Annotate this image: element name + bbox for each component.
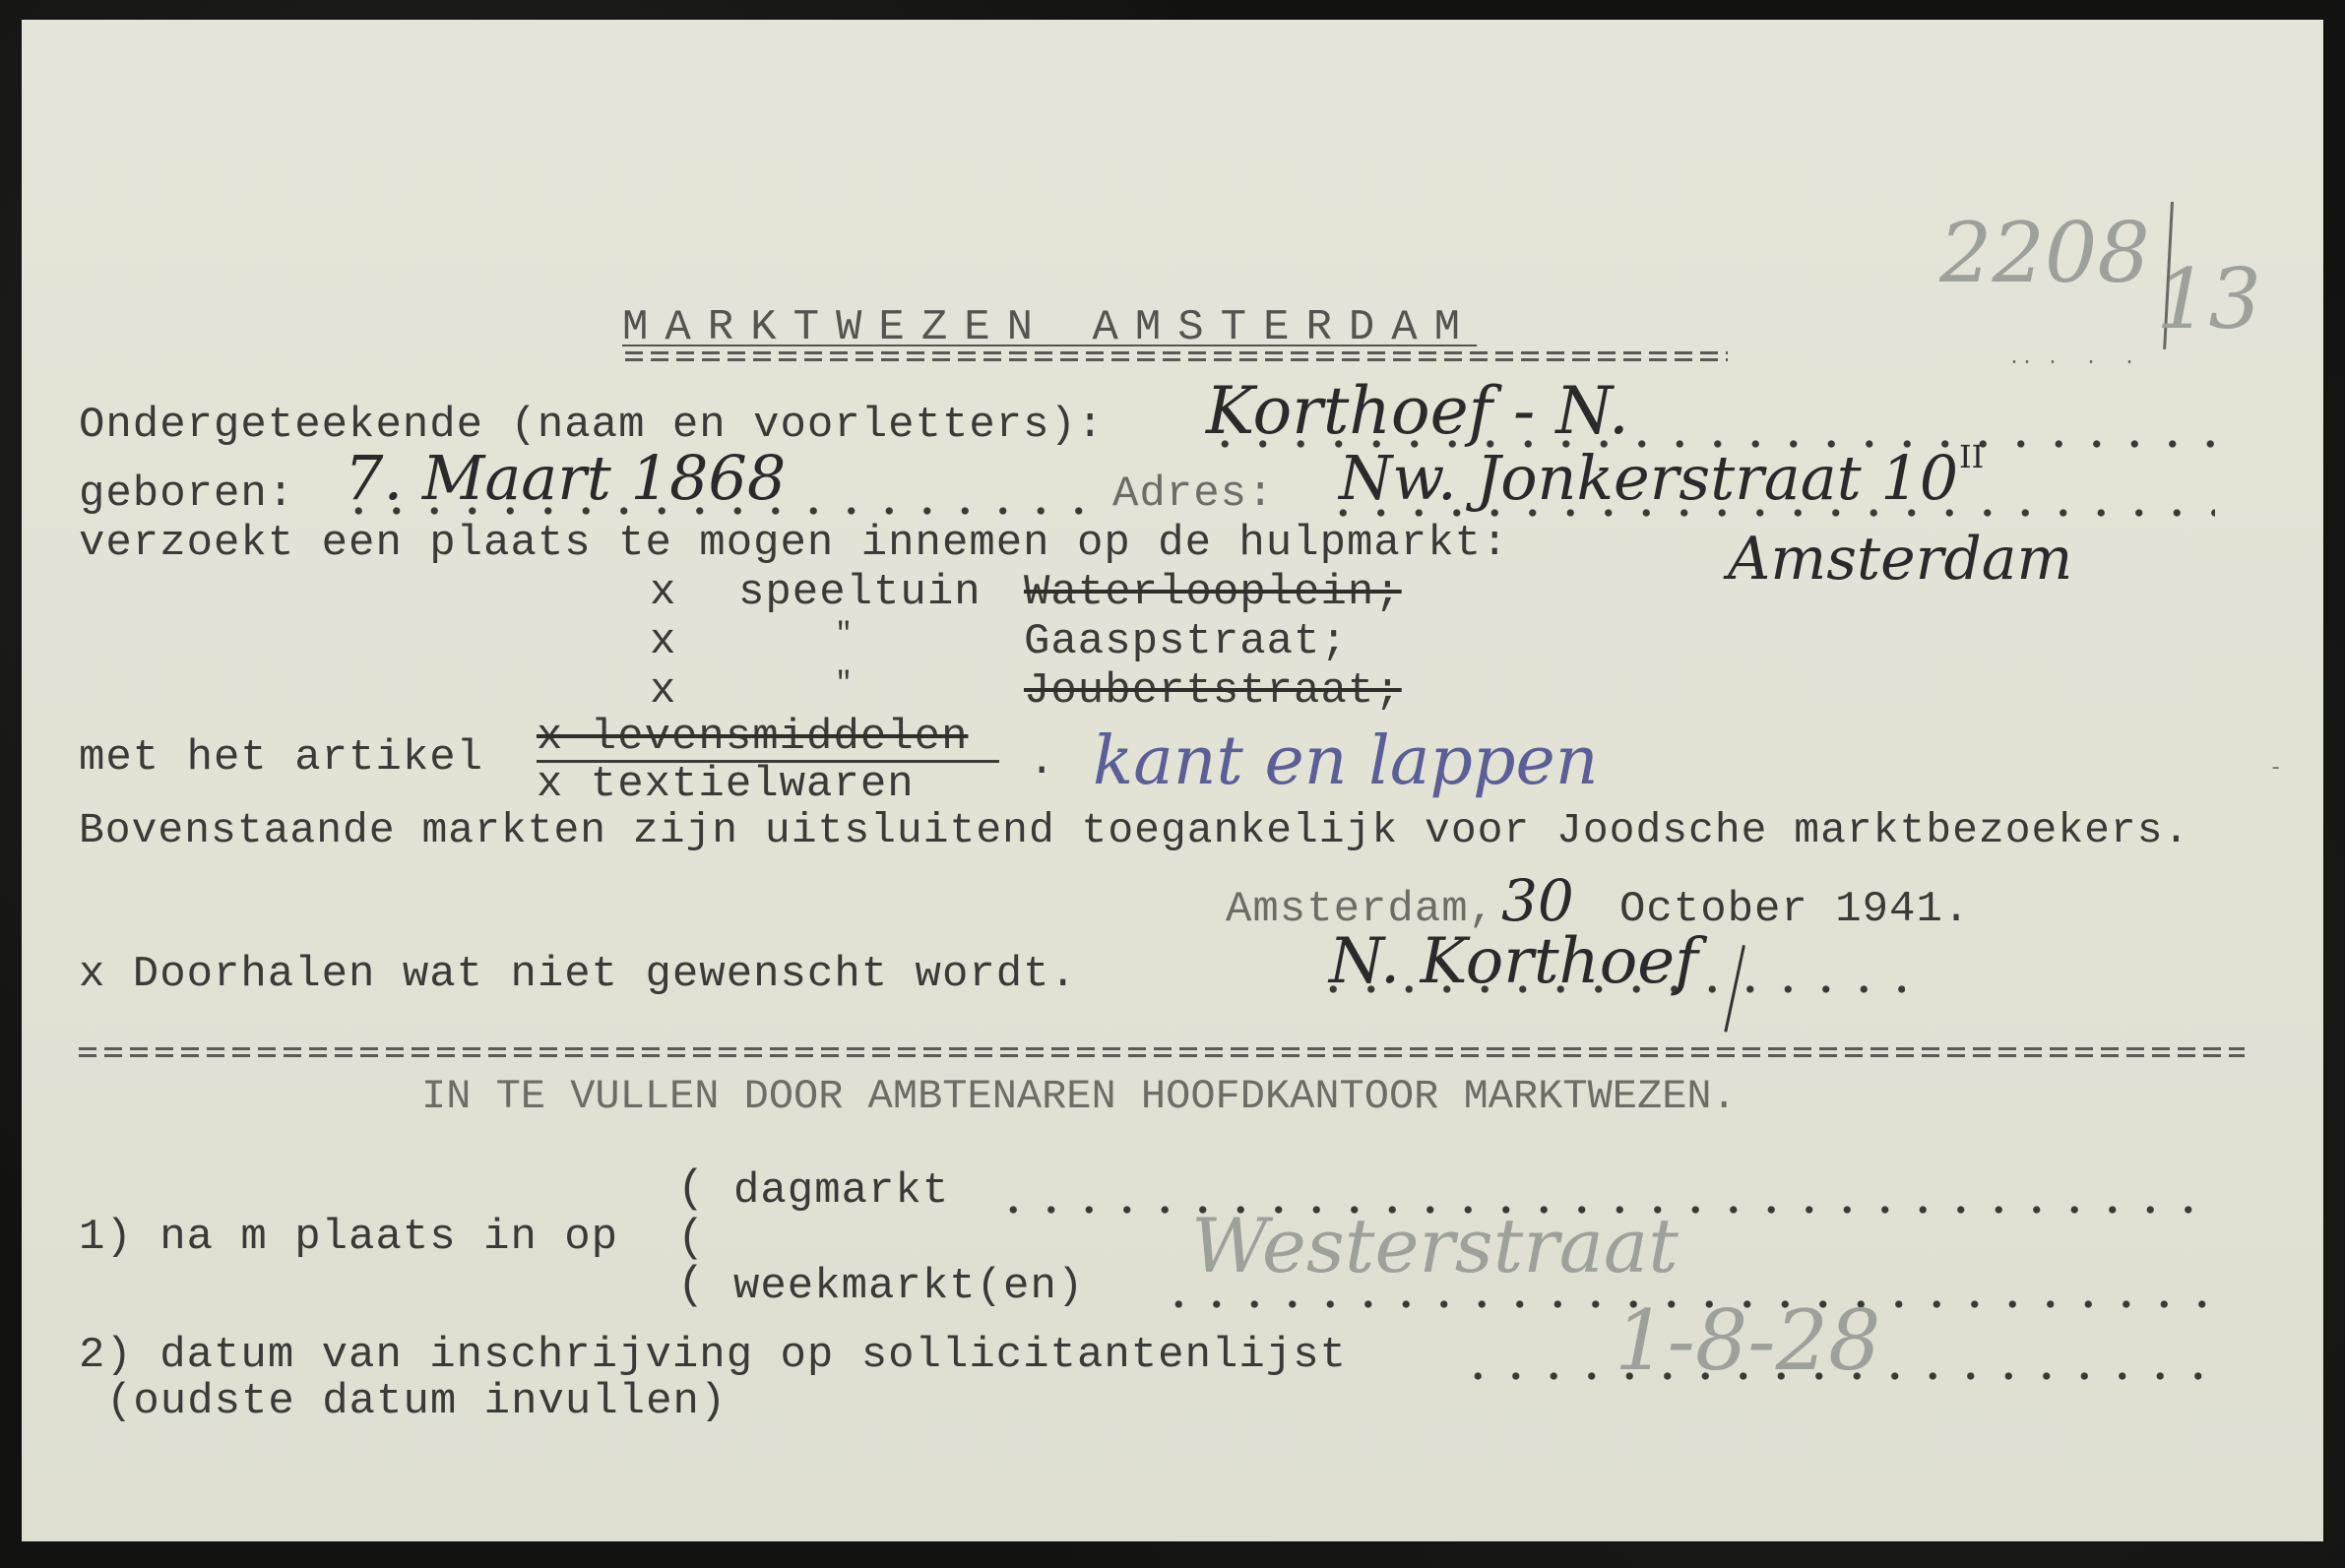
section-double-rule bbox=[79, 1046, 2245, 1058]
form-heading: MARKTWEZEN AMSTERDAM bbox=[622, 303, 1477, 352]
article-option-textiles: x textielwaren bbox=[537, 763, 915, 806]
stray-marks: .. . . . bbox=[2008, 349, 2136, 369]
market-marker-3: x bbox=[650, 669, 676, 713]
reference-suffix: 13 bbox=[2156, 258, 2261, 341]
article-period: . bbox=[1029, 740, 1055, 784]
item1-option-dagmarkt: dagmarkt bbox=[733, 1169, 949, 1213]
market-marker-2: x bbox=[650, 620, 676, 663]
brace-top: ( bbox=[677, 1166, 705, 1212]
item1-label: 1) na m plaats in op bbox=[79, 1216, 618, 1259]
article-handwritten: kant en lappen bbox=[1093, 728, 1599, 795]
born-label: geboren: bbox=[79, 472, 294, 516]
market-gaaspstraat: Gaaspstraat; bbox=[1024, 620, 1348, 663]
request-text: verzoekt een plaats te mogen innemen op … bbox=[79, 522, 1508, 565]
item2-handwritten-date: 1-8-28 bbox=[1615, 1299, 1881, 1382]
market-ditto-3: " bbox=[835, 669, 854, 699]
reference-number: 2208 bbox=[1939, 212, 2150, 294]
brace-bottom: ( bbox=[677, 1263, 705, 1308]
name-label: Ondergeteekende (naam en voorletters): bbox=[79, 404, 1104, 447]
jewish-only-notice: Bovenstaande markten zijn uitsluitend to… bbox=[79, 809, 2189, 851]
item1-handwritten-westerstraat: Westerstraat bbox=[1191, 1209, 1679, 1284]
item1-option-weekmarkt: weekmarkt(en) bbox=[733, 1265, 1084, 1308]
margin-mark: - bbox=[2269, 758, 2283, 780]
market-prefix-1: speeltuin bbox=[738, 571, 982, 614]
market-marker-1: x bbox=[650, 571, 676, 614]
date-day-handwritten: 30 bbox=[1501, 872, 1574, 929]
address-handwritten: Nw. Jonkerstraat 10 bbox=[1339, 448, 1958, 509]
article-label: met het artikel bbox=[79, 736, 483, 780]
market-joubertstraat-struck: Joubertstraat; bbox=[1024, 669, 1402, 713]
city-handwritten: Amsterdam bbox=[1728, 530, 2072, 589]
item2-note: (oudste datum invullen) bbox=[106, 1380, 727, 1423]
brace-mid: ( bbox=[677, 1216, 705, 1261]
born-handwritten: 7. Maart 1868 bbox=[345, 448, 786, 509]
heading-double-rule bbox=[625, 350, 1728, 362]
market-waterlooplein-struck: Waterlooplein; bbox=[1024, 571, 1402, 614]
signature-handwritten: N. Korthoef bbox=[1329, 930, 1698, 993]
strike-footnote: x Doorhalen wat niet gewenscht wordt. bbox=[79, 953, 1077, 996]
market-ditto-2: " bbox=[835, 620, 854, 650]
office-section-title: IN TE VULLEN DOOR AMBTENAREN HOOFDKANTOO… bbox=[421, 1076, 1737, 1117]
address-floor-suffix: II bbox=[1959, 441, 1984, 472]
item2-label: 2) datum van inschrijving op sollicitant… bbox=[79, 1334, 1347, 1377]
article-option-food-struck: x levensmiddelen bbox=[537, 716, 968, 759]
address-label: Adres: bbox=[1112, 472, 1274, 516]
name-handwritten: Korthoef - N. bbox=[1206, 379, 1629, 444]
